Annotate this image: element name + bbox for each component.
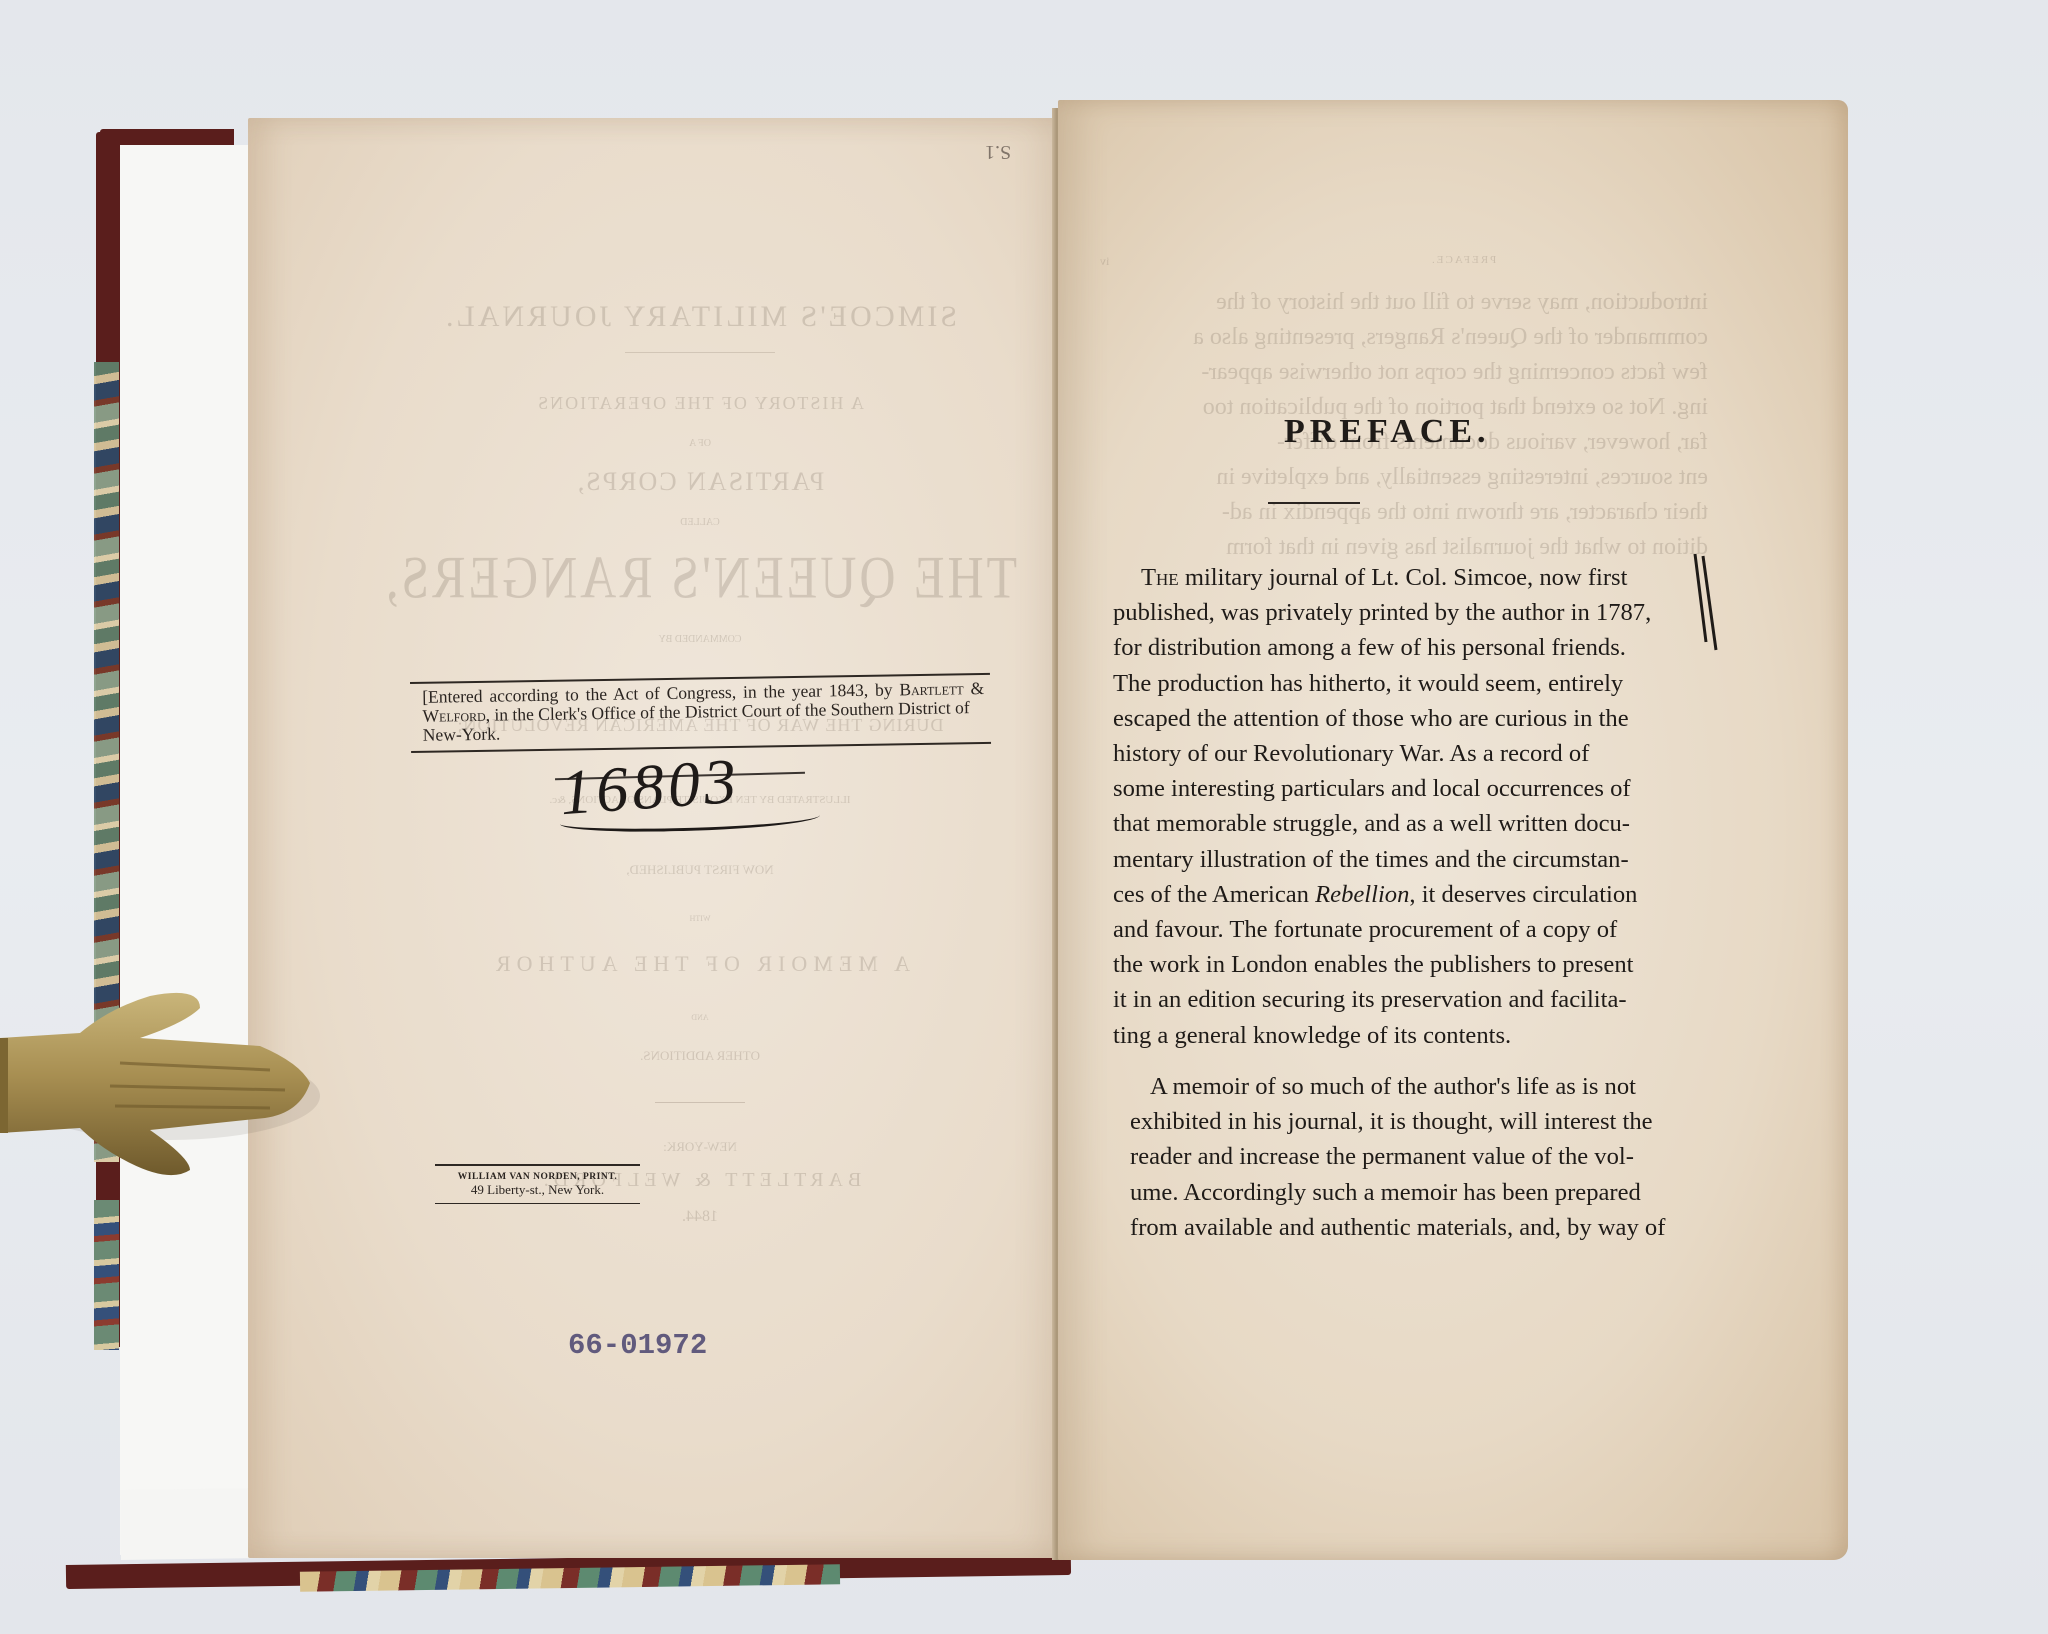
ghost-line: CALLED — [370, 517, 1030, 528]
brass-hand-clip-icon — [0, 978, 320, 1178]
copyright-text: New-York. — [423, 724, 501, 745]
text-line: published, was privately printed by the … — [1113, 595, 1651, 630]
ghost-line: NEW-YORK: — [370, 1139, 1030, 1155]
ghost-line: ent sources, interesting essentially, an… — [1108, 460, 1708, 495]
ghost-line: OTHER ADDITIONS. — [370, 1048, 1030, 1064]
rule-top — [435, 1164, 640, 1166]
text-fragment: ces of the American — [1113, 881, 1315, 908]
ghost-line: 1844. — [370, 1208, 1030, 1226]
preface-paragraph-1: The military journal of Lt. Col. Simcoe,… — [1113, 560, 1651, 1053]
printer-imprint: WILLIAM VAN NORDEN, PRINT. 49 Liberty-st… — [435, 1164, 640, 1204]
ghost-line: OF A — [370, 438, 1030, 449]
ghost-line: their character, are thrown into the app… — [1108, 495, 1708, 530]
ghost-line: A MEMOIR OF THE AUTHOR — [370, 951, 1030, 977]
copyright-notice: [Entered according to the Act of Congres… — [410, 673, 991, 753]
ghost-line: COMMANDED BY — [370, 634, 1030, 645]
text-line: escaped the attention of those who are c… — [1113, 701, 1651, 736]
ghost-line: AND — [370, 1013, 1030, 1022]
corner-pencil-mark: S.1 — [985, 140, 1011, 163]
copyright-text: & — [963, 678, 984, 698]
text-line: reader and increase the permanent value … — [1130, 1139, 1665, 1174]
printer-address: 49 Liberty-st., New York. — [435, 1182, 640, 1198]
ghost-line: A HISTORY OF THE OPERATIONS — [370, 393, 1030, 414]
dropcap-word: The — [1141, 564, 1179, 591]
preface-rule — [1268, 502, 1360, 504]
library-stamp: 66-01972 — [568, 1329, 707, 1362]
text-line: from available and authentic materials, … — [1130, 1210, 1665, 1245]
text-line: it in an edition securing its preservati… — [1113, 982, 1651, 1017]
text-line: history of our Revolutionary War. As a r… — [1113, 736, 1651, 771]
ghost-running-head-text: PREFACE. — [1430, 254, 1496, 266]
italic-word: Rebellion — [1315, 881, 1409, 908]
marbled-board-left-lower — [94, 1200, 119, 1350]
text-line: The production has hitherto, it would se… — [1113, 666, 1651, 701]
rule-bottom — [435, 1203, 640, 1205]
ghost-line: introduction, may serve to fill out the … — [1108, 285, 1708, 320]
text-line: and favour. The fortunate procurement of… — [1113, 912, 1651, 947]
ghost-line: WITH — [370, 914, 1030, 923]
ghost-line: few facts concerning the corps not other… — [1108, 355, 1708, 390]
text-line: exhibited in his journal, it is thought,… — [1130, 1104, 1665, 1139]
ghost-line: commander of the Queen's Rangers, presen… — [1108, 320, 1708, 355]
margin-double-line-mark — [1692, 552, 1722, 652]
text-line: the work in London enables the publisher… — [1113, 947, 1651, 982]
text-line: ting a general knowledge of its contents… — [1113, 1018, 1651, 1053]
preface-paragraph-2: A memoir of so much of the author's life… — [1130, 1069, 1665, 1245]
ghost-line: PARTISAN CORPS, — [370, 467, 1030, 497]
text-line: some interesting particulars and local o… — [1113, 771, 1651, 806]
publisher-name: Bartlett — [899, 678, 964, 699]
text-line: for distribution among a few of his pers… — [1113, 630, 1651, 665]
text-fragment: , it deserves circulation — [1409, 881, 1637, 908]
text-line: military journal of Lt. Col. Simcoe, now… — [1179, 564, 1628, 591]
text-line: ume. Accordingly such a memoir has been … — [1130, 1175, 1665, 1210]
ghost-line: NOW FIRST PUBLISHED, — [370, 862, 1030, 878]
ghost-line: THE QUEEN'S RANGERS, — [370, 542, 1030, 612]
text-line: A memoir of so much of the author's life… — [1130, 1069, 1665, 1104]
cover-leather-edge-top — [100, 129, 234, 145]
preface-heading: PREFACE. — [1284, 413, 1491, 451]
ghost-page-number: iv — [1100, 254, 1109, 269]
ghost-line: SIMCOE'S MILITARY JOURNAL. — [370, 300, 1030, 334]
publisher-name: Welford — [422, 705, 485, 726]
text-line: that memorable struggle, and as a well w… — [1113, 806, 1651, 841]
printer-name: WILLIAM VAN NORDEN, PRINT. — [435, 1172, 640, 1182]
text-line: mentary illustration of the times and th… — [1113, 842, 1651, 877]
